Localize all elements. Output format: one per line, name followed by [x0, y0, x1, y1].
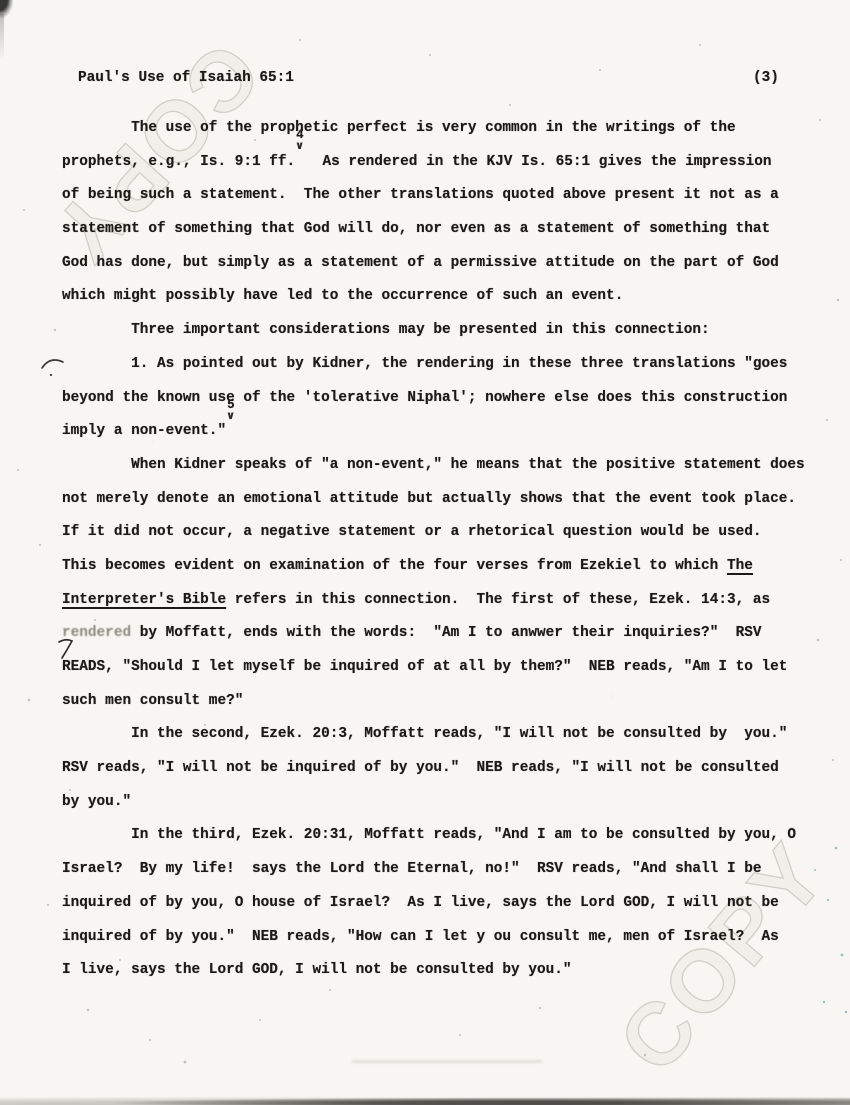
- text-segment: This becomes evident on examination of t…: [62, 558, 727, 574]
- text-line: God has done, but simply as a statement …: [62, 247, 807, 281]
- text-segment: not merely denote an emotional attitude …: [62, 491, 796, 507]
- text-segment: inquired of by you, O house of Israel? A…: [62, 895, 779, 911]
- text-segment: such men consult me?": [62, 693, 243, 709]
- text-line: READS, "Should I let myself be inquired …: [62, 651, 807, 685]
- text-line: of being such a statement. The other tra…: [62, 179, 807, 213]
- text-segment: by you.": [62, 794, 131, 810]
- text-line: not merely denote an emotional attitude …: [62, 483, 807, 517]
- text-line: Israel? By my life! says the Lord the Et…: [62, 853, 807, 887]
- scanned-document-page: COPY COPY: [0, 0, 850, 1105]
- text-line: imply a non-event."5∨: [62, 415, 807, 449]
- text-line: I live, says the Lord GOD, I will not be…: [62, 954, 807, 988]
- text-line: In the second, Ezek. 20:3, Moffatt reads…: [62, 718, 807, 752]
- scan-faint-streak: [352, 1060, 542, 1063]
- text-segment: In the second, Ezek. 20:3, Moffatt reads…: [62, 726, 787, 742]
- text-segment: refers in this connection. The first of …: [226, 592, 770, 608]
- document-body: The use of the prophetic perfect is very…: [62, 112, 807, 988]
- text-segment: imply a non-event.": [62, 423, 226, 439]
- text-segment: inquired of by you." NEB reads, "How can…: [62, 929, 779, 945]
- text-line: such men consult me?": [62, 685, 807, 719]
- text-line: statement of something that God will do,…: [62, 213, 807, 247]
- text-line: When Kidner speaks of "a non-event," he …: [62, 449, 807, 483]
- text-line: rendered by Moffatt, ends with the words…: [62, 617, 807, 651]
- page-number: (3): [753, 70, 779, 86]
- scan-edge-streak: [0, 14, 4, 60]
- text-segment: The use of the prophetic perfect is very…: [62, 120, 736, 136]
- scan-bottom-smudge: [0, 1096, 850, 1105]
- text-segment: READS, "Should I let myself be inquired …: [62, 659, 787, 675]
- text-segment: RSV reads, "I will not be inquired of by…: [62, 760, 779, 776]
- text-line: This becomes evident on examination of t…: [62, 550, 807, 584]
- text-line: Interpreter's Bible refers in this conne…: [62, 584, 807, 618]
- text-line: 1. As pointed out by Kidner, the renderi…: [62, 348, 807, 382]
- text-line: inquired of by you." NEB reads, "How can…: [62, 921, 807, 955]
- text-segment: beyond the known use of the 'tolerative …: [62, 390, 787, 406]
- text-segment: rendered: [62, 625, 131, 641]
- text-line: Three important considerations may be pr…: [62, 314, 807, 348]
- text-line: which might possibly have led to the occ…: [62, 280, 807, 314]
- text-line: In the third, Ezek. 20:31, Moffatt reads…: [62, 819, 807, 853]
- text-segment: Israel? By my life! says the Lord the Et…: [62, 861, 762, 877]
- text-segment: If it did not occur, a negative statemen…: [62, 524, 762, 540]
- text-segment: statement of something that God will do,…: [62, 221, 770, 237]
- underlined-text: The: [727, 558, 753, 574]
- text-line: inquired of by you, O house of Israel? A…: [62, 887, 807, 921]
- text-line: The use of the prophetic perfect is very…: [62, 112, 807, 146]
- text-segment: As rendered in the KJV Is. 65:1 gives th…: [305, 154, 771, 170]
- text-segment: I live, says the Lord GOD, I will not be…: [62, 962, 572, 978]
- document-title: Paul's Use of Isaiah 65:1: [78, 70, 294, 86]
- text-segment: of being such a statement. The other tra…: [62, 187, 779, 203]
- footnote-marker: 5∨: [226, 420, 236, 434]
- footnote-marker: 4∨: [295, 150, 305, 164]
- text-line: by you.": [62, 786, 807, 820]
- text-line: RSV reads, "I will not be inquired of by…: [62, 752, 807, 786]
- handwritten-curve-mark: [42, 360, 63, 376]
- text-segment: God has done, but simply as a statement …: [62, 255, 779, 271]
- text-line: If it did not occur, a negative statemen…: [62, 516, 807, 550]
- page-header: Paul's Use of Isaiah 65:1 (3): [0, 70, 850, 92]
- text-segment: by Moffatt, ends with the words: "Am I t…: [131, 625, 761, 641]
- text-segment: which might possibly have led to the occ…: [62, 288, 623, 304]
- text-segment: Three important considerations may be pr…: [62, 322, 710, 338]
- text-line: beyond the known use of the 'tolerative …: [62, 382, 807, 416]
- text-segment: In the third, Ezek. 20:31, Moffatt reads…: [62, 827, 796, 843]
- text-segment: prophets, e.g., Is. 9:1 ff.: [62, 154, 295, 170]
- underlined-text: Interpreter's Bible: [62, 592, 226, 608]
- text-line: prophets, e.g., Is. 9:1 ff.4∨ As rendere…: [62, 146, 807, 180]
- text-segment: When Kidner speaks of "a non-event," he …: [62, 457, 805, 473]
- text-segment: 1. As pointed out by Kidner, the renderi…: [62, 356, 787, 372]
